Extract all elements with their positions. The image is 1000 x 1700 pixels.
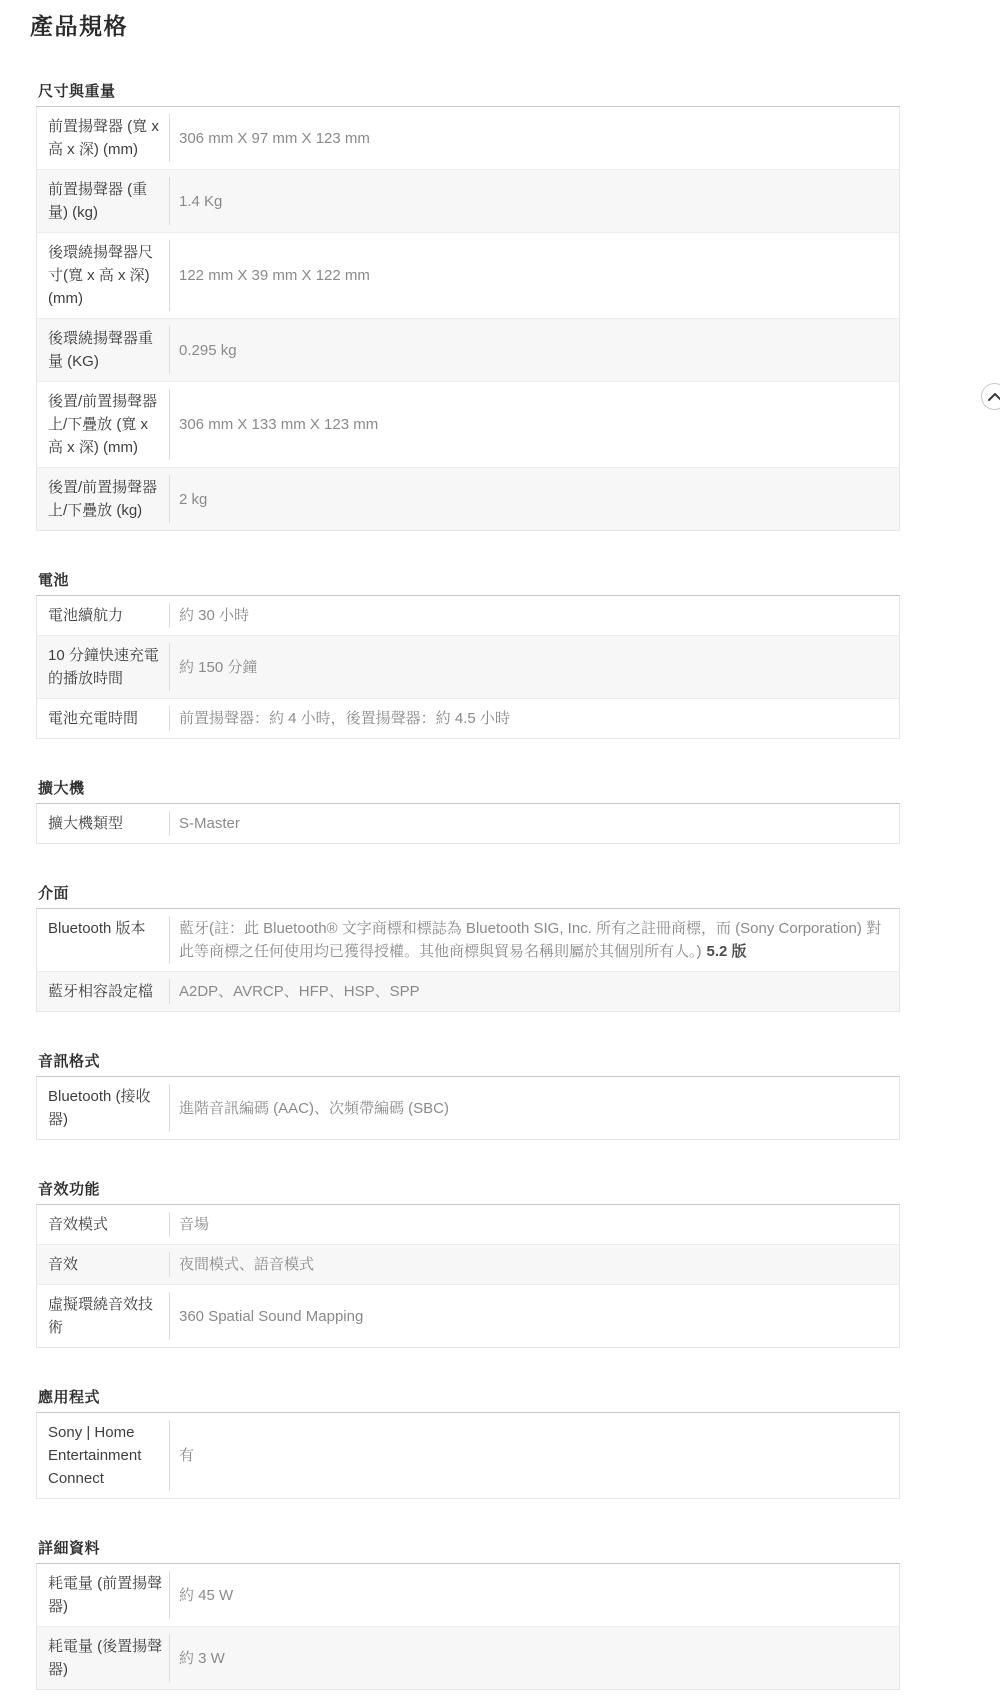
table-row: 後環繞揚聲器尺寸(寬 x 高 x 深) (mm)122 mm X 39 mm X… [37,232,899,318]
table-row: 10 分鐘快速充電的播放時間約 150 分鐘 [37,635,899,698]
section-heading: 擴大機 [38,781,930,797]
spec-table: Bluetooth (接收器)進階音訊編碼 (AAC)、次頻帶編碼 (SBC) [36,1076,900,1140]
table-row: 前置揚聲器 (寬 x 高 x 深) (mm)306 mm X 97 mm X 1… [37,107,899,169]
table-row: 藍牙相容設定檔A2DP、AVRCP、HFP、HSP、SPP [37,971,899,1011]
spec-table: 擴大機類型S-Master [36,803,900,844]
spec-table: Bluetooth 版本藍牙(註：此 Bluetooth® 文字商標和標誌為 B… [36,908,900,1012]
spec-row-value: 約 45 W [169,1564,899,1626]
spec-row-value-text: 約 150 分鐘 [179,659,257,676]
spec-row-value: 藍牙(註：此 Bluetooth® 文字商標和標誌為 Bluetooth SIG… [169,909,899,971]
spec-row-value-text: 1.4 Kg [179,193,222,210]
back-to-top-button[interactable] [981,383,1000,410]
spec-row-value-text: 360 Spatial Sound Mapping [179,1308,363,1325]
spec-section: 音訊格式Bluetooth (接收器)進階音訊編碼 (AAC)、次頻帶編碼 (S… [30,1054,930,1140]
spec-section: 介面Bluetooth 版本藍牙(註：此 Bluetooth® 文字商標和標誌為… [30,886,930,1012]
table-row: 耗電量 (後置揚聲器)約 3 W [37,1626,899,1689]
spec-row-value-text: 夜間模式、語音模式 [179,1256,314,1273]
spec-row-value: 約 3 W [169,1627,899,1689]
spec-row-label: 虛擬環繞音效技術 [37,1285,169,1347]
chevron-up-icon [988,393,1000,401]
table-row: 虛擬環繞音效技術360 Spatial Sound Mapping [37,1284,899,1347]
spec-section: 應用程式Sony | Home Entertainment Connect有 [30,1390,930,1499]
spec-row-value: 122 mm X 39 mm X 122 mm [169,233,899,318]
table-row: Sony | Home Entertainment Connect有 [37,1413,899,1498]
section-heading: 尺寸與重量 [38,84,930,100]
spec-row-label: Bluetooth (接收器) [37,1077,169,1139]
spec-row-value-text: 有 [179,1447,194,1464]
spec-row-value-text: 306 mm X 133 mm X 123 mm [179,416,378,433]
spec-row-value: 進階音訊編碼 (AAC)、次頻帶編碼 (SBC) [169,1077,899,1139]
spec-row-value-text: 306 mm X 97 mm X 123 mm [179,130,370,147]
spec-table: 音效模式音場音效夜間模式、語音模式虛擬環繞音效技術360 Spatial Sou… [36,1204,900,1348]
spec-row-value-version: 5.2 版 [707,943,747,960]
table-row: 音效夜間模式、語音模式 [37,1244,899,1284]
spec-row-value: S-Master [169,804,899,843]
spec-row-value-text: 122 mm X 39 mm X 122 mm [179,267,370,284]
spec-row-value: 306 mm X 133 mm X 123 mm [169,382,899,467]
spec-row-label: Sony | Home Entertainment Connect [37,1413,169,1498]
spec-table: 耗電量 (前置揚聲器)約 45 W耗電量 (後置揚聲器)約 3 W [36,1563,900,1690]
spec-content: 尺寸與重量前置揚聲器 (寬 x 高 x 深) (mm)306 mm X 97 m… [30,84,930,1690]
spec-section: 電池電池續航力約 30 小時10 分鐘快速充電的播放時間約 150 分鐘電池充電… [30,573,930,739]
spec-row-value-text: 0.295 kg [179,342,237,359]
spec-row-label: 電池充電時間 [37,699,169,738]
spec-row-value-text: 約 30 小時 [179,607,249,624]
spec-section: 擴大機擴大機類型S-Master [30,781,930,844]
spec-section: 詳細資料耗電量 (前置揚聲器)約 45 W耗電量 (後置揚聲器)約 3 W [30,1541,930,1690]
spec-table: Sony | Home Entertainment Connect有 [36,1412,900,1499]
spec-row-value: 約 30 小時 [169,596,899,635]
spec-row-value: 約 150 分鐘 [169,636,899,698]
spec-row-value-text: S-Master [179,815,240,832]
spec-section: 尺寸與重量前置揚聲器 (寬 x 高 x 深) (mm)306 mm X 97 m… [30,84,930,531]
spec-row-value-text: 2 kg [179,491,207,508]
spec-section: 音效功能音效模式音場音效夜間模式、語音模式虛擬環繞音效技術360 Spatial… [30,1182,930,1348]
spec-row-value: A2DP、AVRCP、HFP、HSP、SPP [169,972,899,1011]
spec-row-value-text: 藍牙(註：此 Bluetooth® 文字商標和標誌為 Bluetooth SIG… [179,920,881,960]
spec-row-value-text: 約 3 W [179,1650,225,1667]
spec-row-value: 前置揚聲器：約 4 小時，後置揚聲器：約 4.5 小時 [169,699,899,738]
spec-row-label: 前置揚聲器 (重量) (kg) [37,170,169,232]
spec-row-label: 10 分鐘快速充電的播放時間 [37,636,169,698]
spec-row-label: 音效 [37,1245,169,1284]
table-row: 音效模式音場 [37,1205,899,1244]
spec-row-value-text: 進階音訊編碼 (AAC)、次頻帶編碼 (SBC) [179,1100,449,1117]
spec-row-label: 耗電量 (後置揚聲器) [37,1627,169,1689]
section-heading: 介面 [38,886,930,902]
table-row: Bluetooth 版本藍牙(註：此 Bluetooth® 文字商標和標誌為 B… [37,909,899,971]
spec-row-value: 音場 [169,1205,899,1244]
spec-row-label: Bluetooth 版本 [37,909,169,971]
spec-row-value-text: 約 45 W [179,1587,233,1604]
section-heading: 詳細資料 [38,1541,930,1557]
spec-table: 前置揚聲器 (寬 x 高 x 深) (mm)306 mm X 97 mm X 1… [36,106,900,531]
section-heading: 應用程式 [38,1390,930,1406]
spec-row-value: 360 Spatial Sound Mapping [169,1285,899,1347]
spec-row-label: 前置揚聲器 (寬 x 高 x 深) (mm) [37,107,169,169]
table-row: 電池續航力約 30 小時 [37,596,899,635]
spec-row-value-text: 前置揚聲器：約 4 小時，後置揚聲器：約 4.5 小時 [179,710,510,727]
table-row: 擴大機類型S-Master [37,804,899,843]
table-row: Bluetooth (接收器)進階音訊編碼 (AAC)、次頻帶編碼 (SBC) [37,1077,899,1139]
table-row: 電池充電時間前置揚聲器：約 4 小時，後置揚聲器：約 4.5 小時 [37,698,899,738]
spec-row-value: 0.295 kg [169,319,899,381]
spec-row-label: 藍牙相容設定檔 [37,972,169,1011]
spec-row-label: 後置/前置揚聲器上/下疊放 (寬 x 高 x 深) (mm) [37,382,169,467]
section-heading: 音效功能 [38,1182,930,1198]
spec-row-value: 306 mm X 97 mm X 123 mm [169,107,899,169]
table-row: 後置/前置揚聲器上/下疊放 (kg)2 kg [37,467,899,530]
section-heading: 音訊格式 [38,1054,930,1070]
spec-row-value: 夜間模式、語音模式 [169,1245,899,1284]
spec-row-label: 後環繞揚聲器尺寸(寬 x 高 x 深) (mm) [37,233,169,318]
spec-page: 產品規格 尺寸與重量前置揚聲器 (寬 x 高 x 深) (mm)306 mm X… [0,0,930,1690]
table-row: 前置揚聲器 (重量) (kg)1.4 Kg [37,169,899,232]
spec-row-value-text: A2DP、AVRCP、HFP、HSP、SPP [179,983,420,1000]
section-heading: 電池 [38,573,930,589]
spec-row-value: 有 [169,1413,899,1498]
spec-table: 電池續航力約 30 小時10 分鐘快速充電的播放時間約 150 分鐘電池充電時間… [36,595,900,739]
table-row: 耗電量 (前置揚聲器)約 45 W [37,1564,899,1626]
spec-row-label: 後環繞揚聲器重量 (KG) [37,319,169,381]
spec-row-label: 音效模式 [37,1205,169,1244]
spec-row-value: 1.4 Kg [169,170,899,232]
page-title: 產品規格 [30,12,930,40]
spec-row-label: 後置/前置揚聲器上/下疊放 (kg) [37,468,169,530]
spec-row-value: 2 kg [169,468,899,530]
spec-row-value-text: 音場 [179,1216,209,1233]
table-row: 後環繞揚聲器重量 (KG)0.295 kg [37,318,899,381]
spec-row-label: 電池續航力 [37,596,169,635]
spec-row-label: 耗電量 (前置揚聲器) [37,1564,169,1626]
table-row: 後置/前置揚聲器上/下疊放 (寬 x 高 x 深) (mm)306 mm X 1… [37,381,899,467]
spec-row-label: 擴大機類型 [37,804,169,843]
